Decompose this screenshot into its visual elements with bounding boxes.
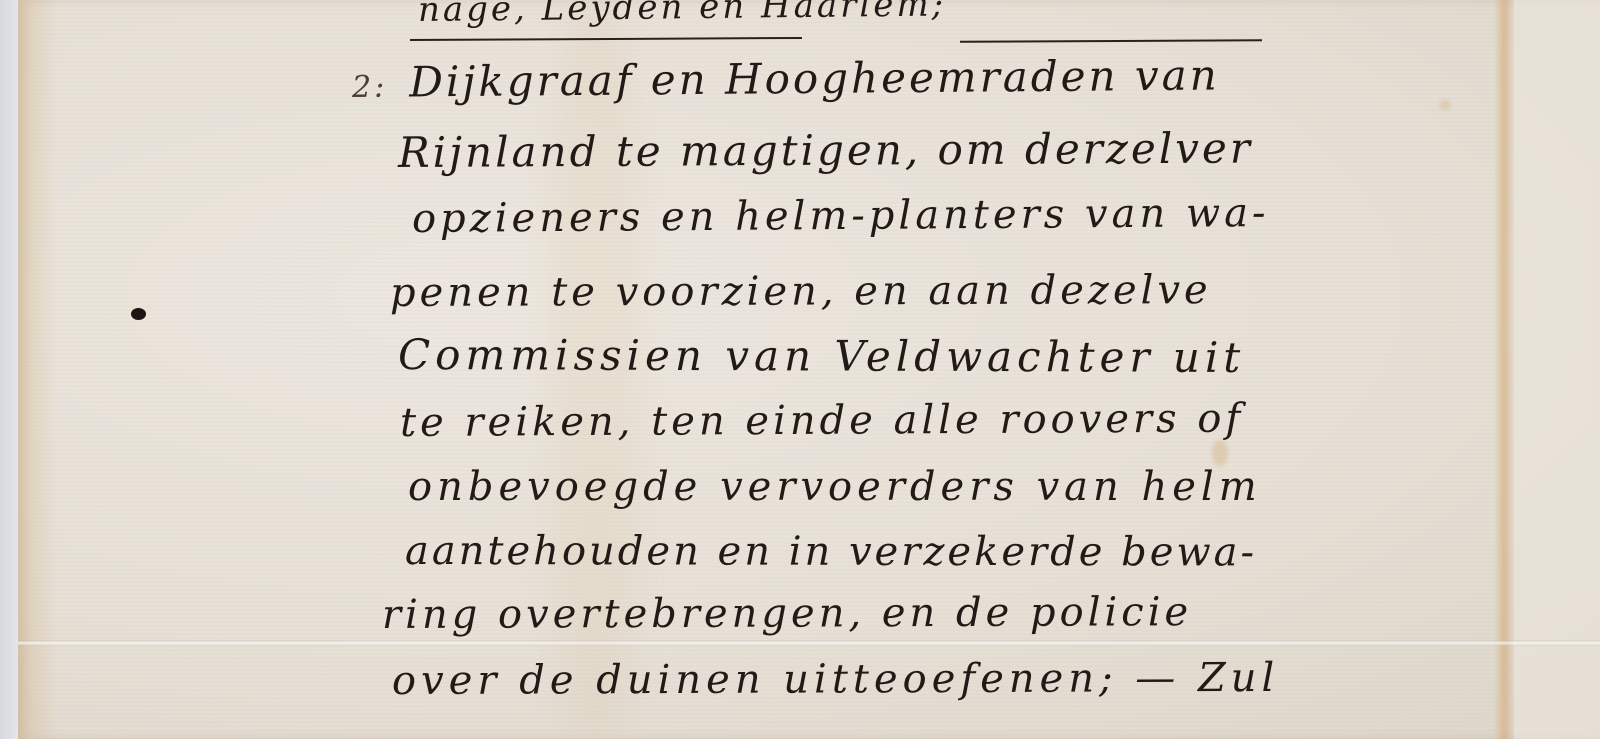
- manuscript-line: ring overtebrengen, en de policie: [382, 589, 1192, 638]
- manuscript-line: aantehouden en in verzekerde bewa-: [405, 528, 1257, 575]
- manuscript-line: Commissien van Veldwachter uit: [398, 330, 1245, 382]
- photo-stage: nage, Leyden en Haarlem; 2:Dijkgraaf en …: [0, 0, 1600, 739]
- manuscript-line: 2:Dijkgraaf en Hoogheemraden van: [352, 50, 1220, 107]
- manuscript-line: penen te voorzien, en aan dezelve: [390, 267, 1212, 316]
- line-text: Dijkgraaf en Hoogheemraden van: [409, 50, 1220, 106]
- manuscript-line: te reiken, ten einde alle roovers of: [400, 396, 1244, 446]
- article-number: 2:: [352, 70, 388, 105]
- manuscript-line: opzieners en helm-planters van wa-: [412, 190, 1270, 242]
- underline-haarlem: [960, 39, 1262, 43]
- underline-leyden: [410, 37, 802, 41]
- manuscript-line: onbevoegde vervoerders van helm: [408, 464, 1262, 510]
- manuscript-line: over de duinen uitteoefenen; — Zul: [392, 655, 1279, 704]
- manuscript-text: nage, Leyden en Haarlem; 2:Dijkgraaf en …: [0, 0, 1600, 739]
- manuscript-line: nage, Leyden en Haarlem;: [418, 0, 947, 30]
- manuscript-line: Rijnland te magtigen, om derzelver: [398, 124, 1253, 177]
